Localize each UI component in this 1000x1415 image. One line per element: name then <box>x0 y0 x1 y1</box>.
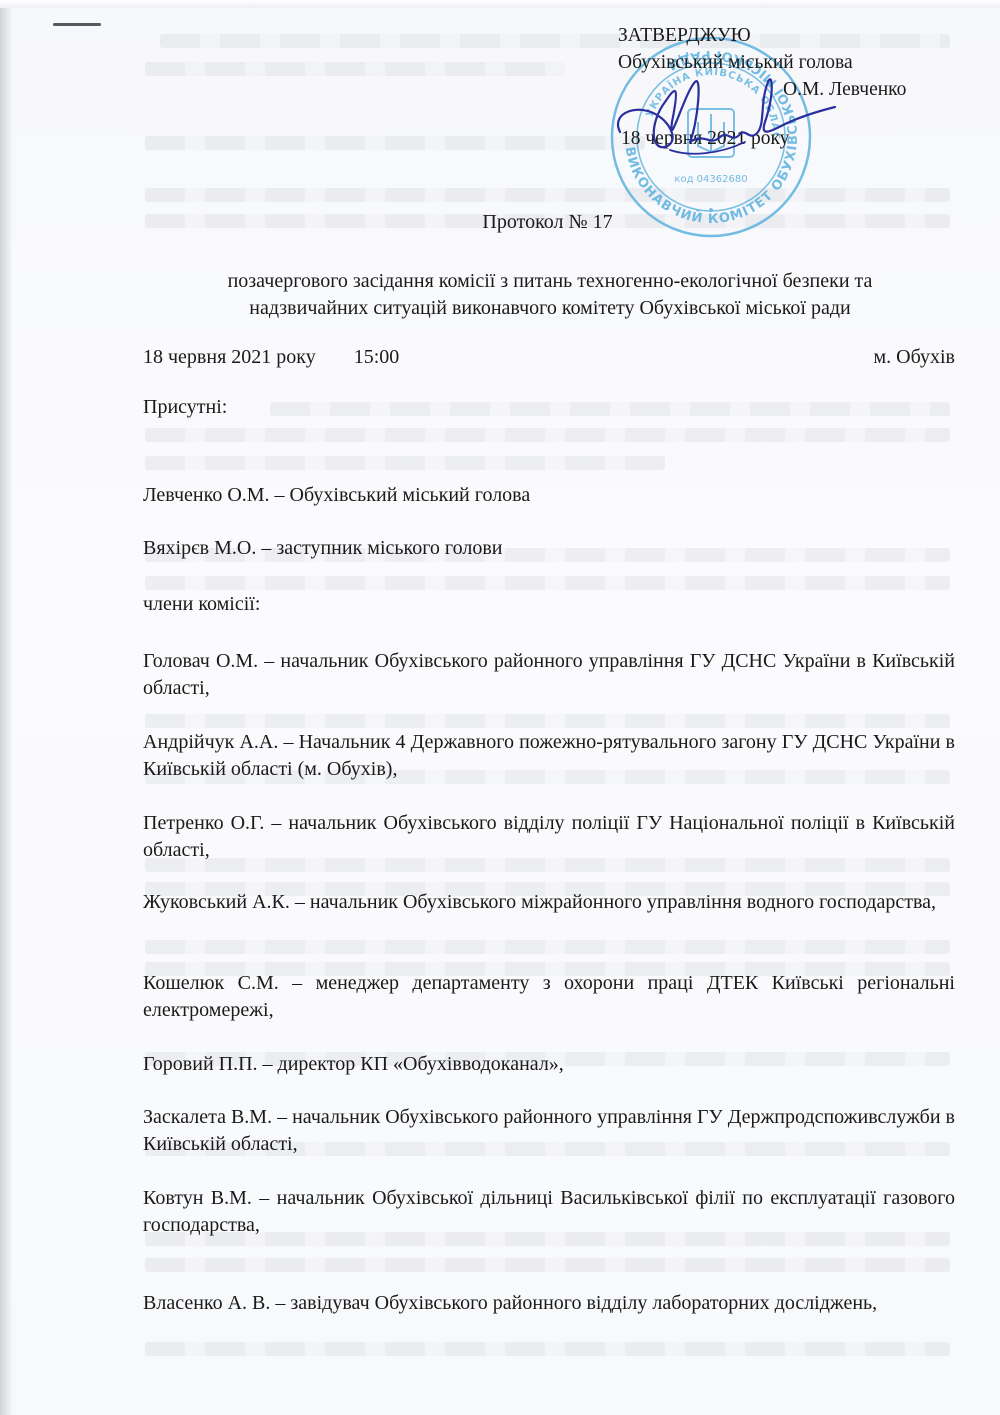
staple-mark <box>53 23 101 26</box>
bleed-through <box>145 576 950 590</box>
meeting-meta: 18 червня 2021 року 15:00 м. Обухів <box>143 346 955 369</box>
member-item: Заскалета В.М. – начальник Обухівського … <box>143 1104 955 1158</box>
attendees-label: Присутні: <box>143 396 227 419</box>
bleed-through <box>145 428 950 442</box>
members-label: члени комісії: <box>143 593 260 616</box>
meeting-date: 18 червня 2021 року <box>143 346 316 369</box>
bleed-through <box>145 188 950 202</box>
member-item: Жуковський А.К. – начальник Обухівського… <box>143 889 955 916</box>
member-item: Ковтун В.М. – начальник Обухівської діль… <box>143 1185 955 1239</box>
member-item: Головач О.М. – начальник Обухівського ра… <box>143 648 955 702</box>
bleed-through <box>145 456 665 470</box>
bleed-through <box>145 136 645 150</box>
bleed-through <box>145 714 950 728</box>
meeting-place: м. Обухів <box>873 346 955 369</box>
page-title: Протокол № 17 <box>0 211 1000 234</box>
subtitle-line-1: позачергового засідання комісії з питань… <box>140 268 960 295</box>
bleed-through <box>145 62 565 76</box>
scan-edge-top <box>0 0 1000 8</box>
bleed-through <box>145 1342 950 1356</box>
signature-icon <box>610 62 840 172</box>
meeting-time: 15:00 <box>354 346 400 369</box>
approval-heading: ЗАТВЕРДЖУЮ <box>618 22 918 49</box>
document-page: ВИКОНАВЧИЙ КОМІТЕТ ОБУХІВСЬКОЇ МІСЬКОЇ Р… <box>0 0 1000 1415</box>
member-item: Андрійчук А.А. – Начальник 4 Державного … <box>143 729 955 783</box>
bleed-through <box>270 402 950 416</box>
subtitle-line-2: надзвичайних ситуацій виконавчого коміте… <box>140 295 960 322</box>
protocol-subtitle: позачергового засідання комісії з питань… <box>140 268 960 322</box>
member-item: Горовий П.П. – директор КП «Обухівводока… <box>143 1051 955 1078</box>
attendee-deputy: Вяхірєв М.О. – заступник міського голови <box>143 537 503 560</box>
bleed-through <box>145 940 950 954</box>
member-item: Кошелюк С.М. – менеджер департаменту з о… <box>143 970 955 1024</box>
member-item: Петренко О.Г. – начальник Обухівського в… <box>143 810 955 864</box>
member-item: Власенко А. В. – завідувач Обухівського … <box>143 1290 955 1317</box>
attendee-chair: Левченко О.М. – Обухівський міський голо… <box>143 484 530 507</box>
svg-text:код 04362680: код 04362680 <box>674 174 747 185</box>
bleed-through <box>145 1258 950 1272</box>
